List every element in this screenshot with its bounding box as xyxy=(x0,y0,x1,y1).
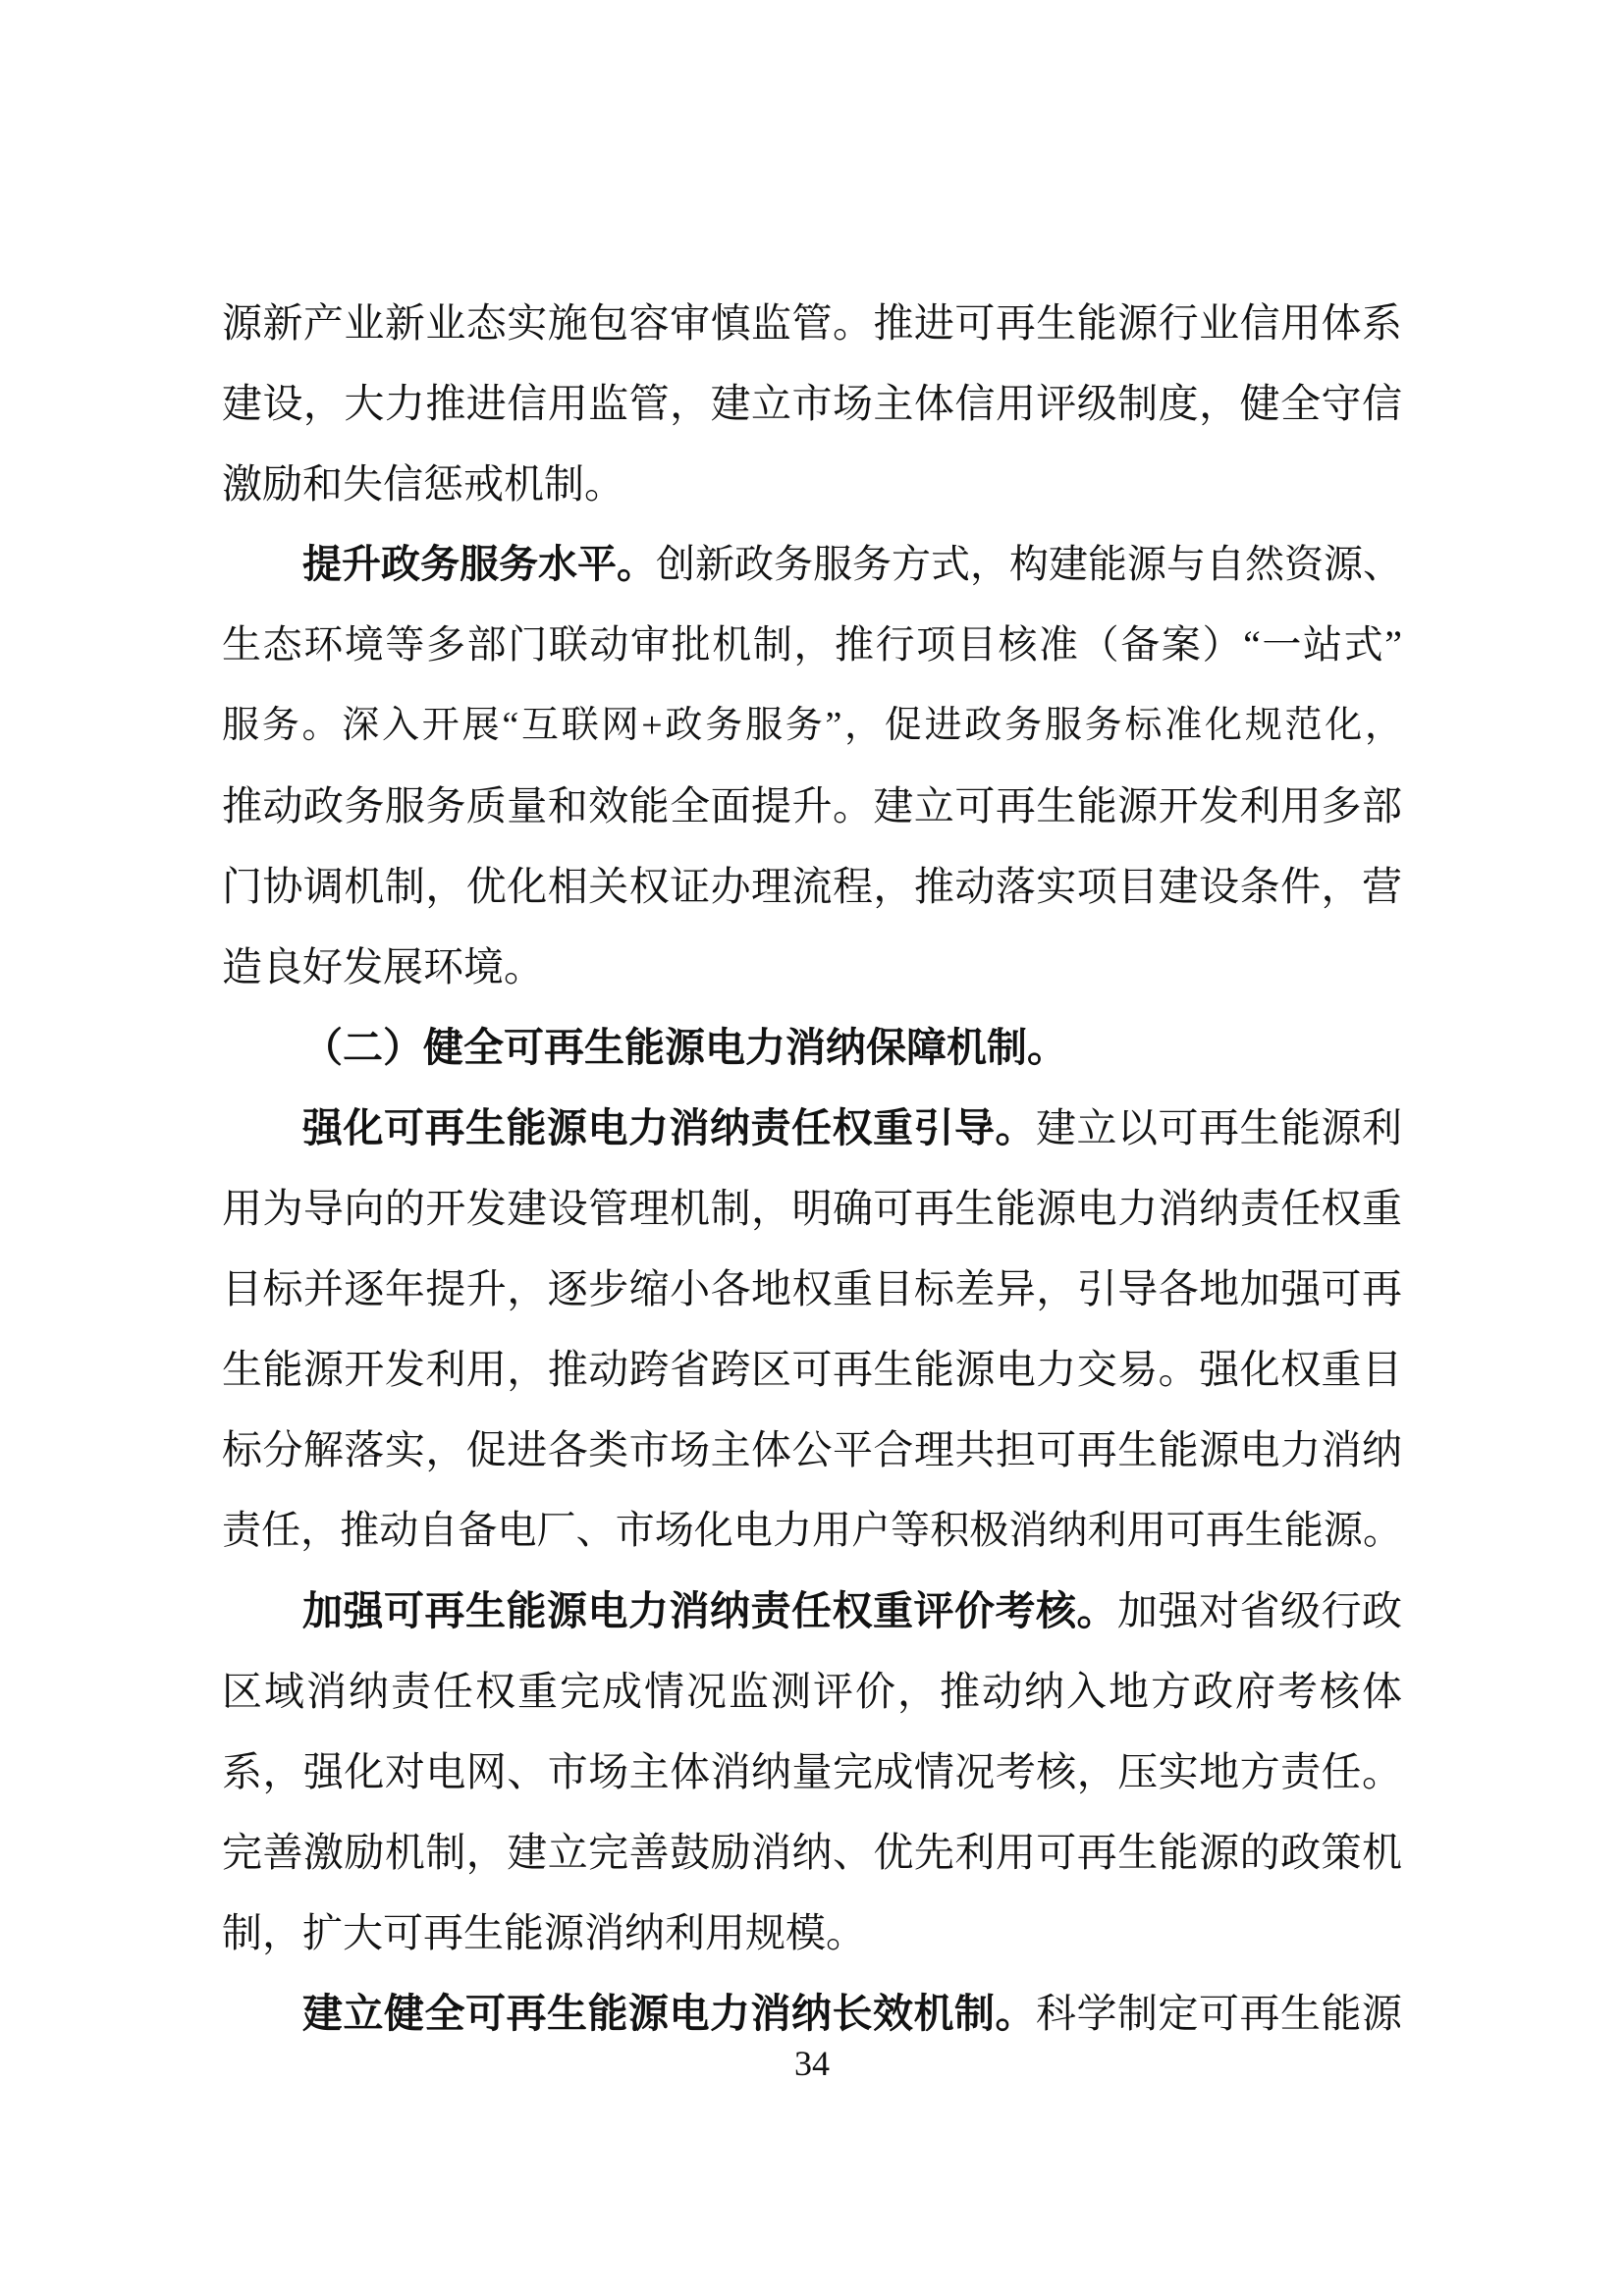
line-text: 源新产业新业态实施包容审慎监管。推进可再生能源行业信用体系 xyxy=(222,300,1402,346)
line-text: 标分解落实，促进各类市场主体公平合理共担可再生能源电力消纳 xyxy=(222,1427,1402,1472)
text-line: 制，扩大可再生能源消纳利用规模。 xyxy=(222,1893,1402,1973)
line-text: 生态环境等多部门联动审批机制，推行项目核准（备案）“一站式” xyxy=(222,622,1402,667)
bold-lead-text: 提升政务服务水平。 xyxy=(302,542,656,586)
line-text: 激励和失信惩戒机制。 xyxy=(222,461,624,507)
text-line: 推动政务服务质量和效能全面提升。建立可再生能源开发利用多部 xyxy=(222,766,1402,846)
text-line: 造良好发展环境。 xyxy=(222,927,1402,1007)
line-text: 服务。深入开展“互联网+政务服务”，促进政务服务标准化规范化， xyxy=(222,705,1402,746)
text-line: 责任，推动自备电厂、市场化电力用户等积极消纳利用可再生能源。 xyxy=(222,1490,1402,1571)
line-text: 生能源开发利用，推动跨省跨区可再生能源电力交易。强化权重目 xyxy=(222,1347,1402,1392)
text-line: 加强可再生能源电力消纳责任权重评价考核。加强对省级行政 xyxy=(222,1571,1402,1651)
line-text: 用为导向的开发建设管理机制，明确可再生能源电力消纳责任权重 xyxy=(222,1186,1402,1231)
line-text: 目标并逐年提升，逐步缩小各地权重目标差异，引导各地加强可再 xyxy=(222,1266,1402,1311)
line-text: 科学制定可再生能源 xyxy=(1036,1991,1402,2036)
text-line: 用为导向的开发建设管理机制，明确可再生能源电力消纳责任权重 xyxy=(222,1168,1402,1249)
text-line: 完善激励机制，建立完善鼓励消纳、优先利用可再生能源的政策机 xyxy=(222,1812,1402,1893)
line-text: 建立以可再生能源利 xyxy=(1036,1105,1402,1150)
line-text: 创新政务服务方式，构建能源与自然资源、 xyxy=(656,542,1402,586)
page-number: 34 xyxy=(0,2042,1624,2085)
text-line: 生态环境等多部门联动审批机制，推行项目核准（备案）“一站式” xyxy=(222,605,1402,685)
line-text: 建设，大力推进信用监管，建立市场主体信用评级制度，健全守信 xyxy=(222,381,1402,426)
text-line: 源新产业新业态实施包容审慎监管。推进可再生能源行业信用体系 xyxy=(222,283,1402,363)
text-line: 标分解落实，促进各类市场主体公平合理共担可再生能源电力消纳 xyxy=(222,1410,1402,1490)
line-text: 加强对省级行政 xyxy=(1117,1588,1402,1633)
line-text: 推动政务服务质量和效能全面提升。建立可再生能源开发利用多部 xyxy=(222,783,1402,828)
text-line: 生能源开发利用，推动跨省跨区可再生能源电力交易。强化权重目 xyxy=(222,1329,1402,1410)
bold-lead-text: 建立健全可再生能源电力消纳长效机制。 xyxy=(302,1991,1036,2036)
bold-lead-text: 强化可再生能源电力消纳责任权重引导。 xyxy=(302,1105,1036,1150)
text-line: 服务。深入开展“互联网+政务服务”，促进政务服务标准化规范化， xyxy=(222,685,1402,766)
document-page: 源新产业新业态实施包容审慎监管。推进可再生能源行业信用体系建设，大力推进信用监管… xyxy=(0,0,1624,2296)
text-line: （二）健全可再生能源电力消纳保障机制。 xyxy=(222,1007,1402,1088)
line-text: 区域消纳责任权重完成情况监测评价，推动纳入地方政府考核体 xyxy=(222,1669,1402,1714)
text-line: 目标并逐年提升，逐步缩小各地权重目标差异，引导各地加强可再 xyxy=(222,1249,1402,1329)
text-line: 区域消纳责任权重完成情况监测评价，推动纳入地方政府考核体 xyxy=(222,1651,1402,1732)
line-text: 造良好发展环境。 xyxy=(222,944,544,989)
line-text: 责任，推动自备电厂、市场化电力用户等积极消纳利用可再生能源。 xyxy=(222,1508,1402,1552)
line-text: 系，强化对电网、市场主体消纳量完成情况考核，压实地方责任。 xyxy=(222,1749,1402,1794)
text-line: 建设，大力推进信用监管，建立市场主体信用评级制度，健全守信 xyxy=(222,363,1402,444)
bold-lead-text: 加强可再生能源电力消纳责任权重评价考核。 xyxy=(302,1588,1117,1633)
text-line: 系，强化对电网、市场主体消纳量完成情况考核，压实地方责任。 xyxy=(222,1732,1402,1812)
text-line: 提升政务服务水平。创新政务服务方式，构建能源与自然资源、 xyxy=(222,524,1402,605)
line-text: 门协调机制，优化相关权证办理流程，推动落实项目建设条件，营 xyxy=(222,864,1402,909)
line-text: 完善激励机制，建立完善鼓励消纳、优先利用可再生能源的政策机 xyxy=(222,1830,1402,1875)
text-line: 激励和失信惩戒机制。 xyxy=(222,444,1402,524)
text-line: 强化可再生能源电力消纳责任权重引导。建立以可再生能源利 xyxy=(222,1088,1402,1168)
line-text: 制，扩大可再生能源消纳利用规模。 xyxy=(222,1910,866,1955)
text-line: 门协调机制，优化相关权证办理流程，推动落实项目建设条件，营 xyxy=(222,846,1402,927)
bold-lead-text: （二）健全可再生能源电力消纳保障机制。 xyxy=(302,1025,1067,1070)
document-body: 源新产业新业态实施包容审慎监管。推进可再生能源行业信用体系建设，大力推进信用监管… xyxy=(222,283,1402,2054)
